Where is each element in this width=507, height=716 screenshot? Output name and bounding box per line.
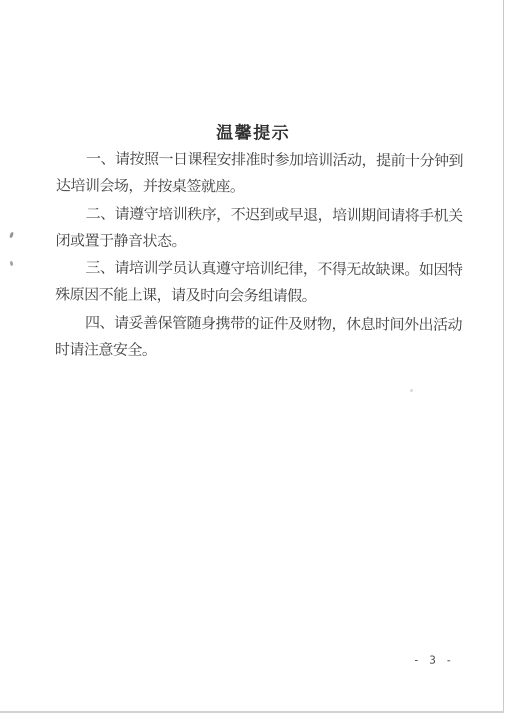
paragraph-line: 三、请培训学员认真遵守培训纪律，不得无故缺课。如因特 [55,256,449,286]
paragraph-line: 四、请妥善保管随身携带的证件及财物，休息时间外出活动 [55,310,449,340]
scan-edge-right-line [503,0,504,713]
paragraph-line: 殊原因不能上课，请及时向会务组请假。 [55,283,449,313]
document-body: 一、请按照一日课程安排准时参加培训活动，提前十分钟到达培训会场，并按桌签就座。二… [55,146,450,367]
scanned-document-page: 温馨提示 一、请按照一日课程安排准时参加培训活动，提前十分钟到达培训会场，并按桌… [0,0,507,716]
scan-artifact-speck [10,261,14,266]
document-title: 温馨提示 [56,118,450,148]
scan-edge-bottom-line [0,711,504,713]
scan-artifact-speck [410,389,413,392]
document-text-block: 温馨提示 一、请按照一日课程安排准时参加培训活动，提前十分钟到达培训会场，并按桌… [55,118,450,367]
paragraph-line: 时请注意安全。 [55,337,449,367]
paragraph-line: 二、请遵守培训秩序，不迟到或早退，培训期间请将手机关 [56,201,450,231]
paragraph-line: 达培训会场，并按桌签就座。 [56,174,450,204]
document-content-layer: 温馨提示 一、请按照一日课程安排准时参加培训活动，提前十分钟到达培训会场，并按桌… [0,0,507,716]
paragraph-line: 一、请按照一日课程安排准时参加培训活动，提前十分钟到 [56,146,450,176]
page-number: - 3 - [413,654,454,667]
paragraph-line: 闭或置于静音状态。 [55,228,449,258]
